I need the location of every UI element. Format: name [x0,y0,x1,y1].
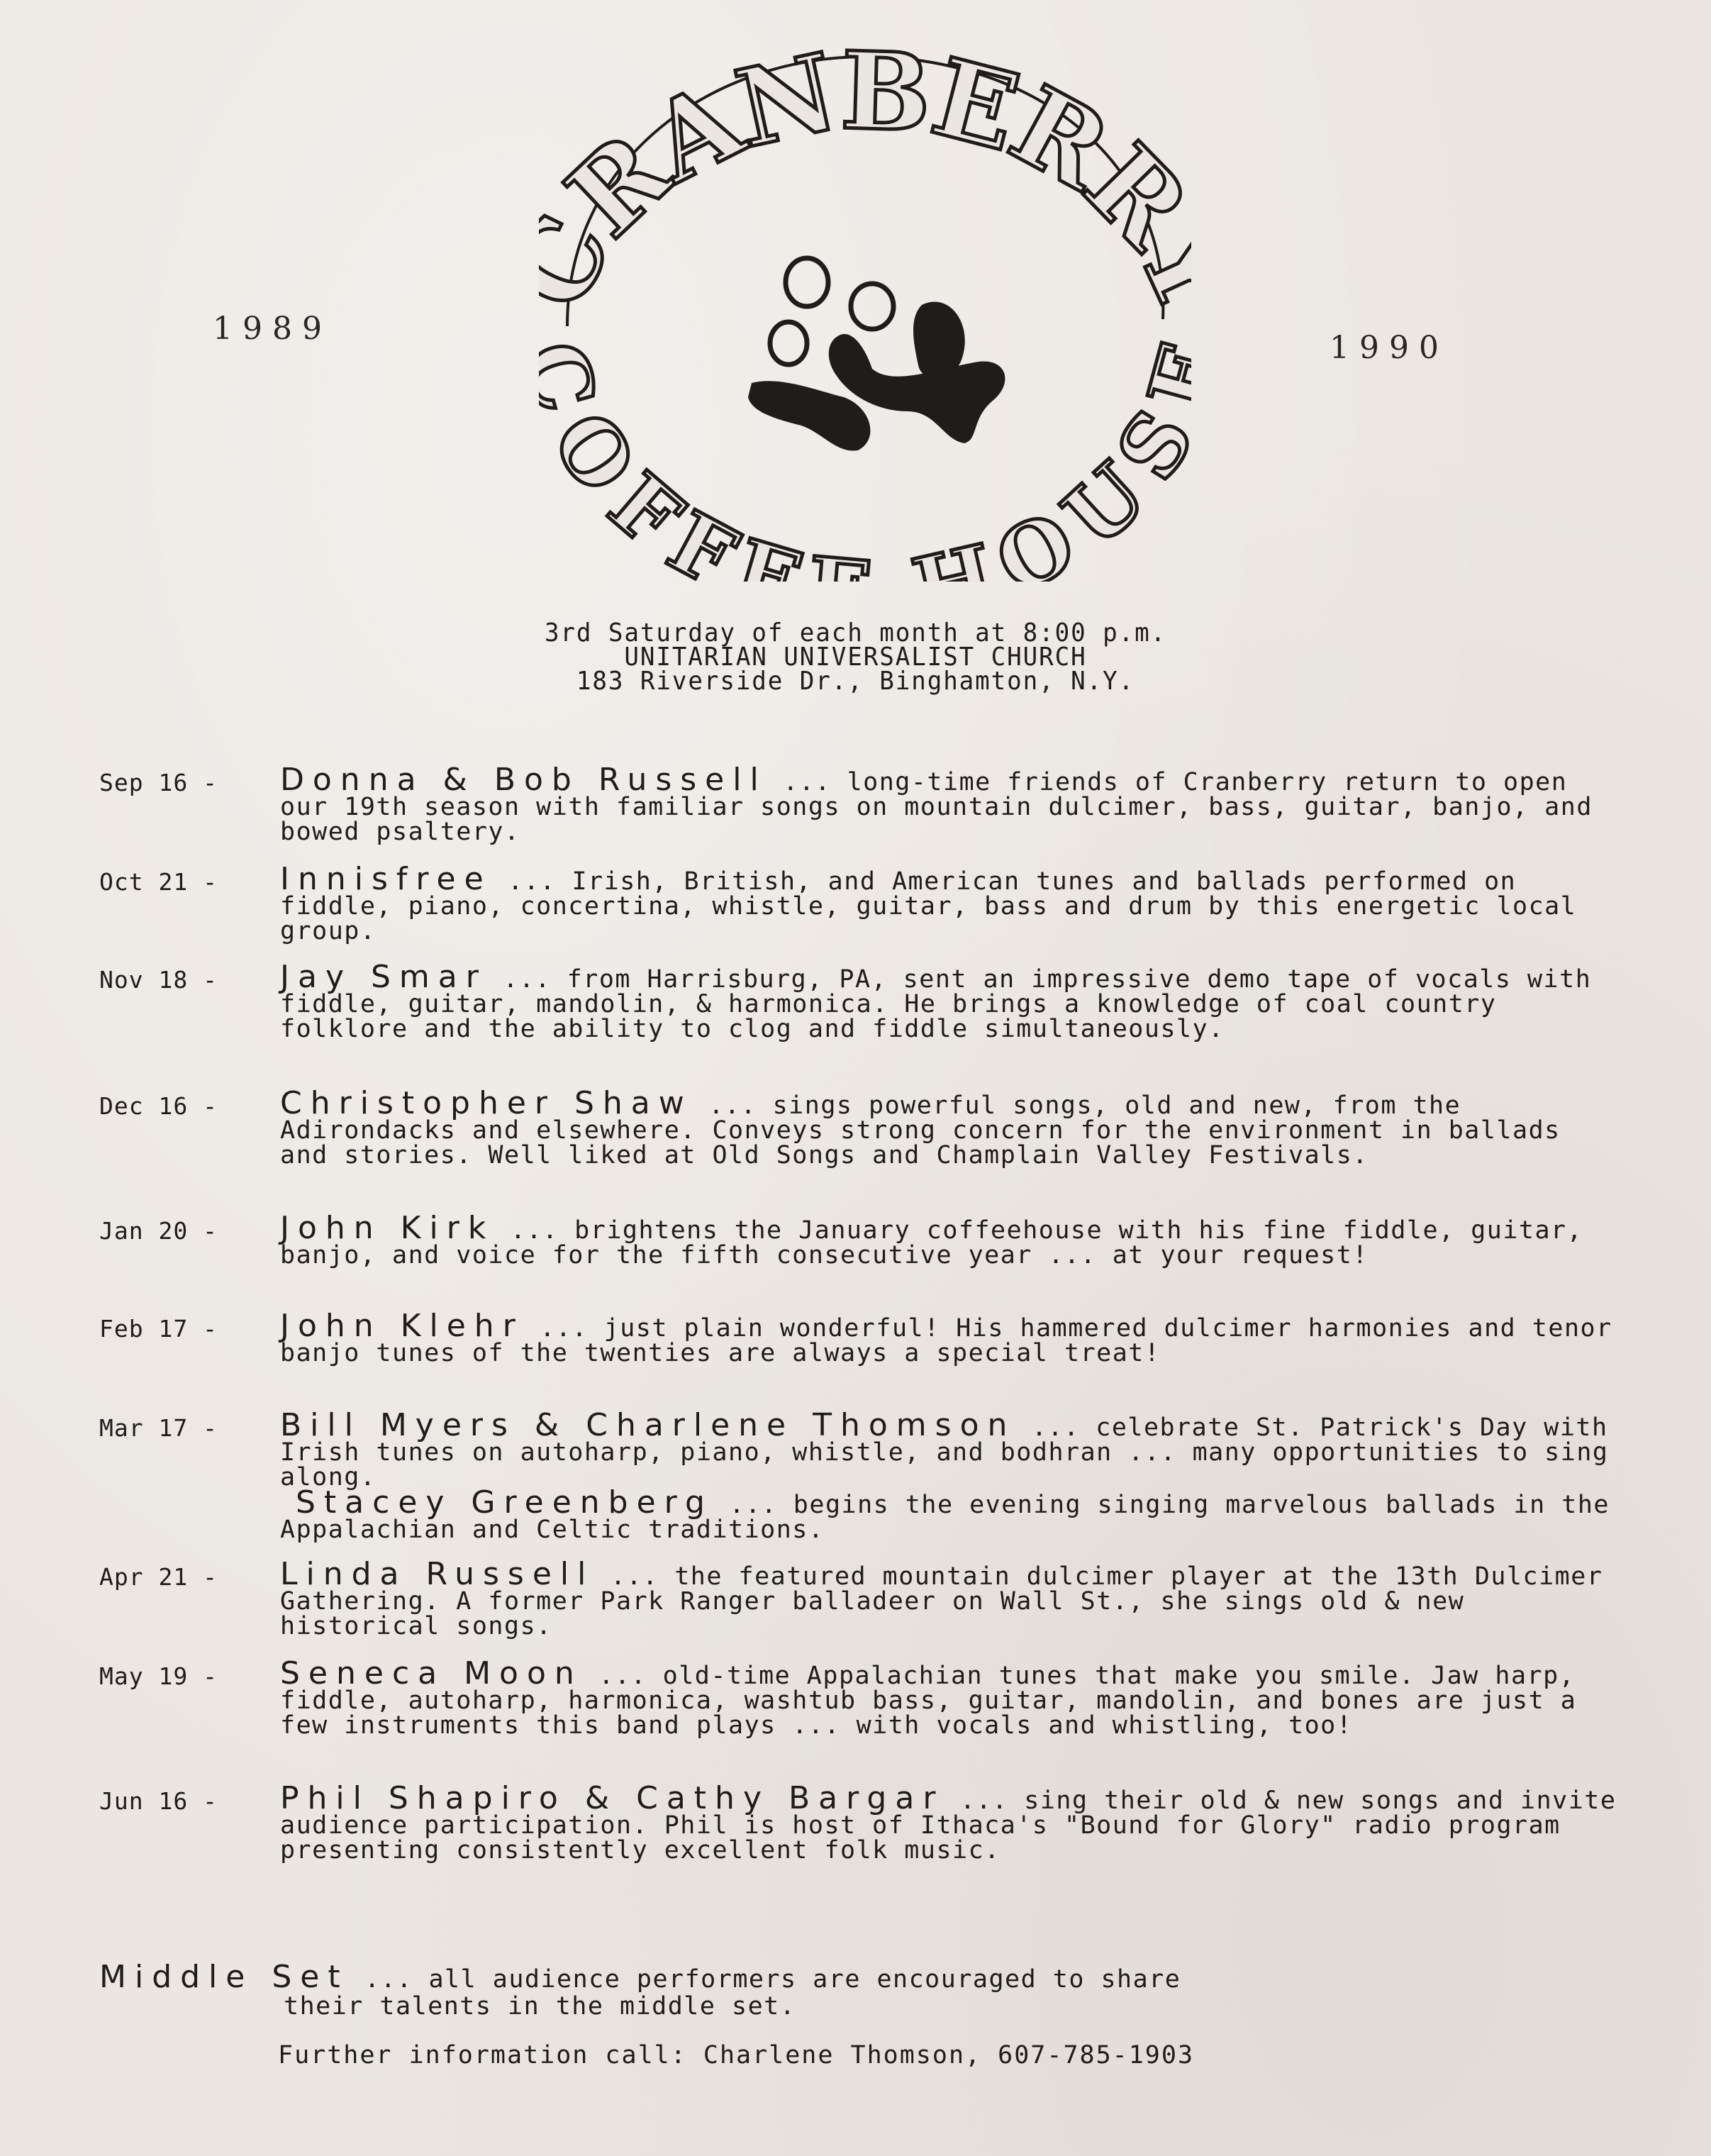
event-date: Apr 21 - [99,1563,218,1591]
event-body: Linda Russell ... the featured mountain … [280,1562,1624,1639]
event-body: Seneca Moon ... old-time Appalachian tun… [280,1661,1624,1738]
middle-set-title: Middle Set [99,1959,349,1995]
middle-set-description: ... all audience performers are encourag… [364,1965,1181,1994]
event-entry: Sep 16 -Donna & Bob Russell ... long-tim… [99,767,1624,845]
middle-set-section: Middle Set ... all audience performers a… [99,1965,1624,2020]
event-entry: Oct 21 -Innisfree ... Irish, British, an… [99,867,1624,944]
event-entry: May 19 -Seneca Moon ... old-time Appalac… [99,1661,1624,1738]
event-date: Feb 17 - [99,1315,218,1343]
venue-address: 183 Riverside Dr., Binghamton, N.Y. [43,669,1668,694]
additional-performer: Stacey Greenberg ... begins the evening … [280,1490,1624,1543]
event-body: Innisfree ... Irish, British, and Americ… [280,867,1624,944]
event-body: Christopher Shaw ... sings powerful song… [280,1091,1624,1168]
schedule-time: 3rd Saturday of each month at 8:00 p.m. [43,621,1668,645]
event-date: Jun 16 - [99,1787,218,1815]
event-body: Phil Shapiro & Cathy Bargar ... sing the… [280,1786,1624,1863]
event-entry: Apr 21 -Linda Russell ... the featured m… [99,1562,1624,1639]
event-date: Dec 16 - [99,1092,218,1120]
middle-set-description-cont: their talents in the middle set. [284,1993,1624,2020]
event-body: Donna & Bob Russell ... long-time friend… [280,767,1624,845]
event-date: Jan 20 - [99,1217,218,1245]
event-date: Nov 18 - [99,966,218,994]
event-date: Sep 16 - [99,769,218,796]
event-entry: Dec 16 -Christopher Shaw ... sings power… [99,1091,1624,1168]
event-date: May 19 - [99,1662,218,1690]
event-body: Bill Myers & Charlene Thomson ... celebr… [280,1413,1624,1543]
event-date: Mar 17 - [99,1414,218,1442]
coffee-bean-face-icon [748,258,1005,451]
cranberry-coffee-house-logo: CRANBERRY COFFEE HOUSE [539,14,1191,582]
event-entry: Feb 17 -John Klehr ... just plain wonder… [99,1313,1624,1366]
event-date: Oct 21 - [99,868,218,896]
contact-info: Further information call: Charlene Thoms… [278,2041,1194,2069]
event-entry: Jun 16 -Phil Shapiro & Cathy Bargar ... … [99,1786,1624,1863]
venue-name: UNITARIAN UNIVERSALIST CHURCH [43,645,1668,669]
event-entry: Jan 20 -John Kirk ... brightens the Janu… [99,1216,1624,1268]
event-entry: Mar 17 -Bill Myers & Charlene Thomson ..… [99,1413,1624,1543]
event-body: John Kirk ... brightens the January coff… [280,1216,1624,1268]
season-end-year: 1990 [1330,330,1449,366]
event-body: John Klehr ... just plain wonderful! His… [280,1313,1624,1366]
season-start-year: 1989 [213,311,332,347]
event-entry: Nov 18 -Jay Smar ... from Harrisburg, PA… [99,965,1624,1042]
event-body: Jay Smar ... from Harrisburg, PA, sent a… [280,965,1624,1042]
venue-info: 3rd Saturday of each month at 8:00 p.m. … [43,621,1668,694]
